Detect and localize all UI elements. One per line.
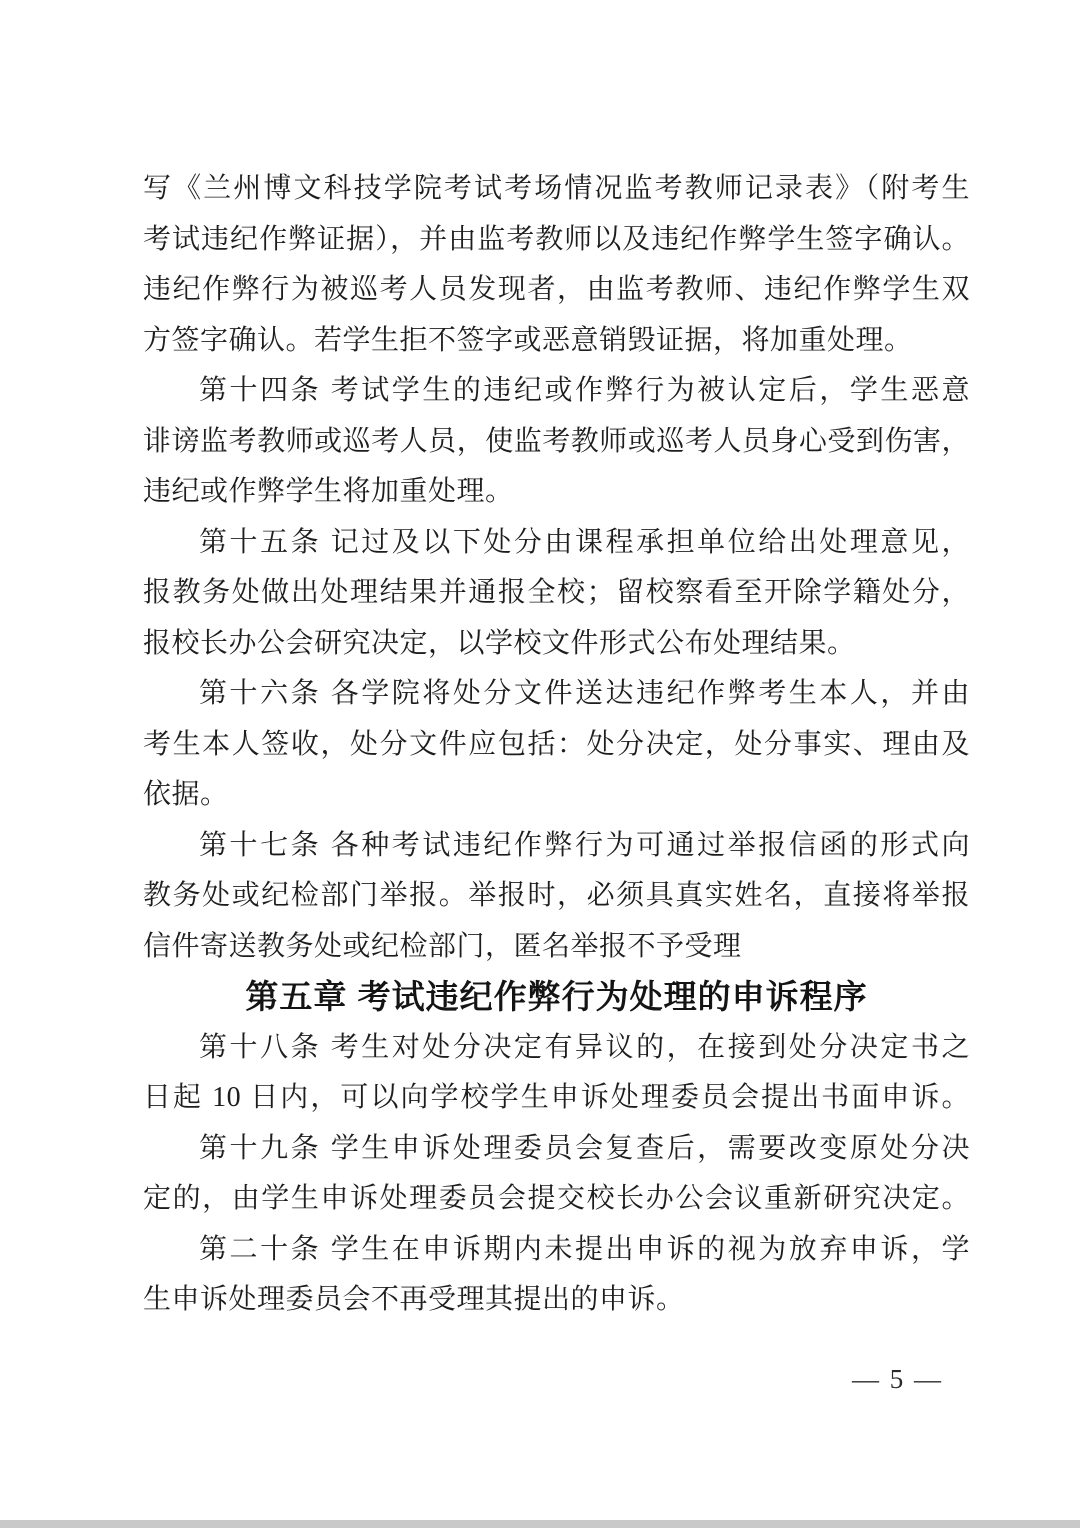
text-line: 教务处或纪检部门举报。举报时，必须具真实姓名，直接将举报 [143,871,970,922]
text-line: 考试违纪作弊证据），并由监考教师以及违纪作弊学生签字确认。 [143,215,970,266]
text-line: 违纪作弊行为被巡考人员发现者，由监考教师、违纪作弊学生双 [143,265,970,316]
text-line: 定的，由学生申诉处理委员会提交校长办公会议重新研究决定。 [143,1174,970,1225]
page-number: — 5 — [852,1364,943,1394]
text-line: 写《兰州博文科技学院考试考场情况监考教师记录表》（附考生 [143,164,970,215]
text-line: 第十五条 记过及以下处分由课程承担单位给出处理意见， [143,518,970,569]
text-line: 第十九条 学生申诉处理委员会复查后，需要改变原处分决 [143,1124,970,1175]
text-line: 第十四条 考试学生的违纪或作弊行为被认定后，学生恶意 [143,366,970,417]
text-line: 违纪或作弊学生将加重处理。 [143,467,970,518]
text-line: 依据。 [143,770,970,821]
text-line: 诽谤监考教师或巡考人员，使监考教师或巡考人员身心受到伤害， [143,417,970,468]
scan-edge-strip [0,1520,1080,1528]
text-line: 方签字确认。若学生拒不签字或恶意销毁证据，将加重处理。 [143,316,970,367]
text-line: 报教务处做出处理结果并通报全校；留校察看至开除学籍处分， [143,568,970,619]
document-text-block: 写《兰州博文科技学院考试考场情况监考教师记录表》（附考生考试违纪作弊证据），并由… [143,164,970,1326]
text-line: 报校长办公会研究决定，以学校文件形式公布处理结果。 [143,619,970,670]
text-line: 信件寄送教务处或纪检部门，匿名举报不予受理 [143,922,970,973]
text-line: 第十六条 各学院将处分文件送达违纪作弊考生本人，并由 [143,669,970,720]
text-line: 第十七条 各种考试违纪作弊行为可通过举报信函的形式向 [143,821,970,872]
document-page: 写《兰州博文科技学院考试考场情况监考教师记录表》（附考生考试违纪作弊证据），并由… [0,0,1080,1528]
text-line: 第二十条 学生在申诉期内未提出申诉的视为放弃申诉，学 [143,1225,970,1276]
text-line: 考生本人签收，处分文件应包括：处分决定，处分事实、理由及 [143,720,970,771]
text-line: 生申诉处理委员会不再受理其提出的申诉。 [143,1275,970,1326]
chapter-heading: 第五章 考试违纪作弊行为处理的申诉程序 [143,972,970,1023]
text-line: 日起 10 日内，可以向学校学生申诉处理委员会提出书面申诉。 [143,1073,970,1124]
text-line: 第十八条 考生对处分决定有异议的，在接到处分决定书之 [143,1023,970,1074]
